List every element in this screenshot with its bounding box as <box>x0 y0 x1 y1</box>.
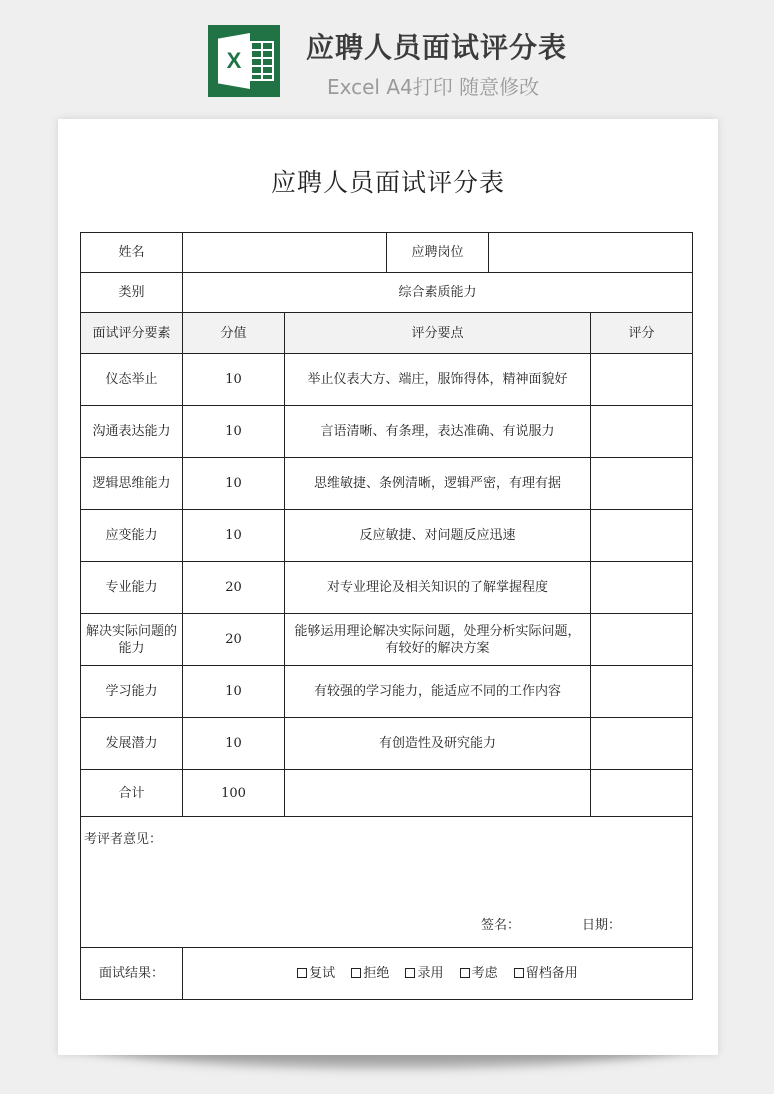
table-row: 解决实际问题的能力 20 能够运用理论解决实际问题，处理分析实际问题，有较好的解… <box>81 614 693 666</box>
name-label: 姓名 <box>81 233 183 273</box>
total-criteria <box>285 770 591 817</box>
row-element: 专业能力 <box>81 562 183 614</box>
result-option-retest[interactable]: 复试 <box>297 966 335 981</box>
row-score-field[interactable] <box>591 718 693 770</box>
row-criteria: 能够运用理论解决实际问题，处理分析实际问题，有较好的解决方案 <box>285 614 591 666</box>
total-row: 合计 100 <box>81 770 693 817</box>
row-points: 10 <box>183 406 285 458</box>
row-score-field[interactable] <box>591 458 693 510</box>
category-row: 类别 综合素质能力 <box>81 273 693 313</box>
table-row: 专业能力 20 对专业理论及相关知识的了解掌握程度 <box>81 562 693 614</box>
position-field[interactable] <box>489 233 693 273</box>
result-row: 面试结果： 复试 拒绝 录用 考虑 留档备用 <box>81 948 693 1000</box>
row-criteria: 对专业理论及相关知识的了解掌握程度 <box>285 562 591 614</box>
document-title: 应聘人员面试评分表 <box>58 163 718 199</box>
row-points: 20 <box>183 614 285 666</box>
checkbox-icon[interactable] <box>297 968 307 978</box>
category-value: 综合素质能力 <box>183 273 693 313</box>
header-criteria: 评分要点 <box>285 313 591 354</box>
document-page: 应聘人员面试评分表 姓名 应聘岗位 类别 综合素质能力 面试评分要素 分值 评分… <box>58 119 718 1055</box>
row-element: 发展潜力 <box>81 718 183 770</box>
row-score-field[interactable] <box>591 562 693 614</box>
name-field[interactable] <box>183 233 387 273</box>
row-criteria: 举止仪表大方、端庄，服饰得体，精神面貌好 <box>285 354 591 406</box>
row-criteria: 有较强的学习能力，能适应不同的工作内容 <box>285 666 591 718</box>
result-option-hire[interactable]: 录用 <box>405 966 443 981</box>
row-points: 10 <box>183 510 285 562</box>
checkbox-icon[interactable] <box>460 968 470 978</box>
row-score-field[interactable] <box>591 510 693 562</box>
checkbox-icon[interactable] <box>405 968 415 978</box>
total-label: 合计 <box>81 770 183 817</box>
row-element: 沟通表达能力 <box>81 406 183 458</box>
result-options: 复试 拒绝 录用 考虑 留档备用 <box>183 948 693 1000</box>
row-element: 解决实际问题的能力 <box>81 614 183 666</box>
result-label: 面试结果： <box>81 948 183 1000</box>
row-criteria: 言语清晰、有条理，表达准确、有说服力 <box>285 406 591 458</box>
row-criteria: 思维敏捷、条例清晰，逻辑严密，有理有据 <box>285 458 591 510</box>
result-option-consider[interactable]: 考虑 <box>460 966 498 981</box>
name-row: 姓名 应聘岗位 <box>81 233 693 273</box>
table-row: 发展潜力 10 有创造性及研究能力 <box>81 718 693 770</box>
table-row: 仪态举止 10 举止仪表大方、端庄，服饰得体，精神面貌好 <box>81 354 693 406</box>
category-label: 类别 <box>81 273 183 313</box>
row-score-field[interactable] <box>591 614 693 666</box>
table-row: 逻辑思维能力 10 思维敏捷、条例清晰，逻辑严密，有理有据 <box>81 458 693 510</box>
result-option-archive[interactable]: 留档备用 <box>514 966 578 981</box>
excel-icon: X <box>208 25 280 97</box>
result-option-reject[interactable]: 拒绝 <box>351 966 389 981</box>
row-points: 10 <box>183 718 285 770</box>
position-label: 应聘岗位 <box>387 233 489 273</box>
row-points: 10 <box>183 666 285 718</box>
interview-score-table: 姓名 应聘岗位 类别 综合素质能力 面试评分要素 分值 评分要点 评分 仪态举止… <box>80 232 693 1000</box>
row-element: 应变能力 <box>81 510 183 562</box>
comment-row: 考评者意见： 签名： 日期： <box>81 817 693 948</box>
row-element: 仪态举止 <box>81 354 183 406</box>
checkbox-icon[interactable] <box>514 968 524 978</box>
table-row: 沟通表达能力 10 言语清晰、有条理，表达准确、有说服力 <box>81 406 693 458</box>
total-score-field[interactable] <box>591 770 693 817</box>
row-score-field[interactable] <box>591 354 693 406</box>
date-label: 日期： <box>582 917 621 934</box>
row-score-field[interactable] <box>591 406 693 458</box>
row-element: 逻辑思维能力 <box>81 458 183 510</box>
row-criteria: 反应敏捷、对问题反应迅速 <box>285 510 591 562</box>
banner-subtitle: Excel A4打印 随意修改 <box>327 71 539 100</box>
header-element: 面试评分要素 <box>81 313 183 354</box>
sign-label: 签名： <box>481 917 520 934</box>
row-points: 10 <box>183 458 285 510</box>
banner: X 应聘人员面试评分表 Excel A4打印 随意修改 <box>0 0 774 110</box>
header-score: 评分 <box>591 313 693 354</box>
checkbox-icon[interactable] <box>351 968 361 978</box>
table-header-row: 面试评分要素 分值 评分要点 评分 <box>81 313 693 354</box>
header-points: 分值 <box>183 313 285 354</box>
comment-label: 考评者意见： <box>84 831 162 848</box>
comment-field[interactable]: 考评者意见： 签名： 日期： <box>81 817 693 948</box>
row-points: 20 <box>183 562 285 614</box>
table-row: 学习能力 10 有较强的学习能力，能适应不同的工作内容 <box>81 666 693 718</box>
banner-title: 应聘人员面试评分表 <box>306 26 567 66</box>
row-element: 学习能力 <box>81 666 183 718</box>
total-points: 100 <box>183 770 285 817</box>
table-row: 应变能力 10 反应敏捷、对问题反应迅速 <box>81 510 693 562</box>
row-score-field[interactable] <box>591 666 693 718</box>
row-points: 10 <box>183 354 285 406</box>
row-criteria: 有创造性及研究能力 <box>285 718 591 770</box>
